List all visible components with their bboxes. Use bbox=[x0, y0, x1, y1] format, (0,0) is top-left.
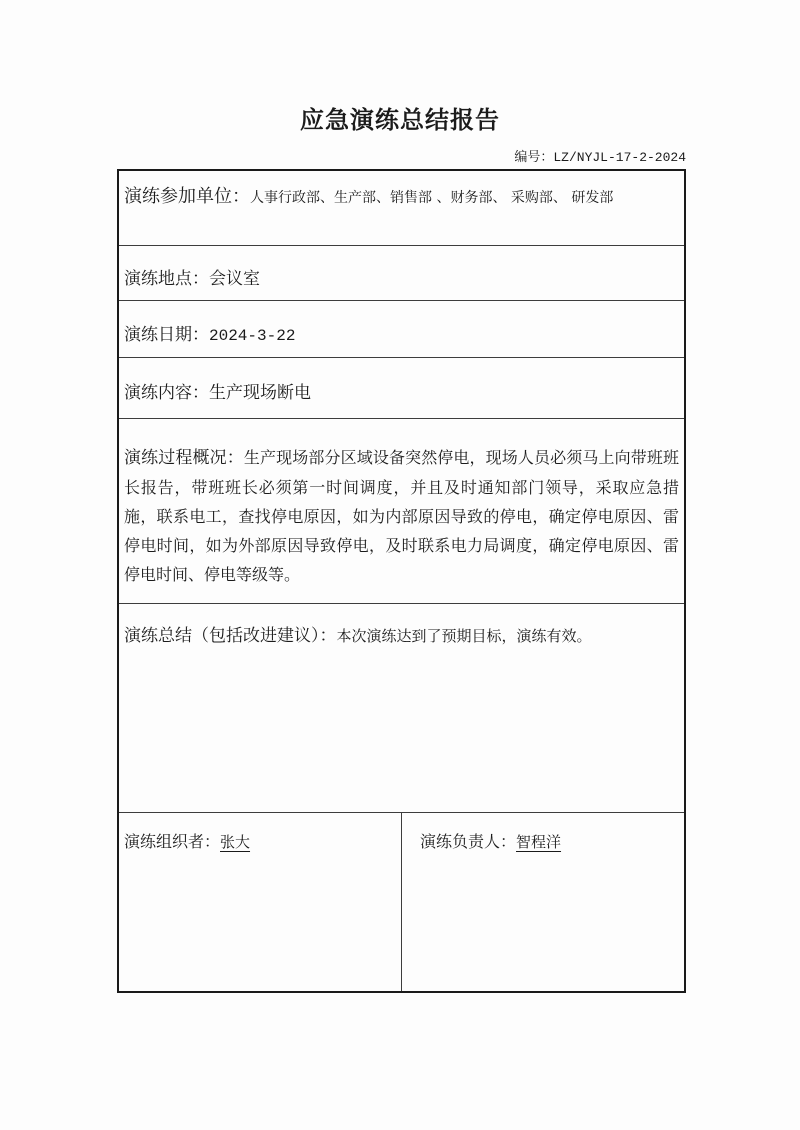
date-label: 演练日期： bbox=[124, 325, 209, 345]
location-label: 演练地点： bbox=[124, 269, 209, 289]
participants-value: 人事行政部、生产部、销售部 、财务部、 采购部、 研发部 bbox=[250, 190, 613, 206]
row-location: 演练地点：会议室 bbox=[119, 246, 684, 301]
row-participants: 演练参加单位：人事行政部、生产部、销售部 、财务部、 采购部、 研发部 bbox=[119, 171, 684, 246]
doc-number-label: 编号： bbox=[514, 150, 553, 165]
content-label: 演练内容： bbox=[124, 383, 209, 403]
date-value: 2024-3-22 bbox=[209, 327, 295, 345]
process-value: 生产现场部分区域设备突然停电，现场人员必须马上向带班班长报告，带班班长必须第一时… bbox=[124, 448, 679, 584]
row-signatures: 演练组织者：张大 演练负责人：智程洋 bbox=[119, 813, 684, 991]
summary-value: 本次演练达到了预期目标，演练有效。 bbox=[337, 627, 592, 645]
summary-label: 演练总结（包括改进建议）： bbox=[124, 626, 337, 646]
doc-number-value: LZ/NYJL-17-2-2024 bbox=[553, 150, 686, 165]
responsible-value: 智程洋 bbox=[516, 833, 561, 851]
report-table: 演练参加单位：人事行政部、生产部、销售部 、财务部、 采购部、 研发部 演练地点… bbox=[117, 169, 686, 993]
participants-label: 演练参加单位： bbox=[124, 186, 250, 207]
doc-number: 编号：LZ/NYJL-17-2-2024 bbox=[514, 146, 686, 165]
content-value: 生产现场断电 bbox=[209, 383, 311, 403]
document-page: 应急演练总结报告 编号：LZ/NYJL-17-2-2024 演练参加单位：人事行… bbox=[0, 0, 800, 1130]
row-date: 演练日期：2024-3-22 bbox=[119, 301, 684, 358]
location-value: 会议室 bbox=[209, 269, 260, 289]
row-summary: 演练总结（包括改进建议）：本次演练达到了预期目标，演练有效。 bbox=[119, 604, 684, 813]
process-label: 演练过程概况： bbox=[124, 448, 244, 468]
page-title: 应急演练总结报告 bbox=[0, 100, 800, 135]
cell-responsible: 演练负责人：智程洋 bbox=[402, 813, 684, 991]
cell-organizer: 演练组织者：张大 bbox=[119, 813, 402, 991]
organizer-label: 演练组织者： bbox=[124, 832, 220, 851]
responsible-label: 演练负责人： bbox=[420, 832, 516, 851]
organizer-value: 张大 bbox=[220, 833, 250, 851]
row-content: 演练内容：生产现场断电 bbox=[119, 358, 684, 419]
row-process: 演练过程概况：生产现场部分区域设备突然停电，现场人员必须马上向带班班长报告，带班… bbox=[119, 419, 684, 604]
